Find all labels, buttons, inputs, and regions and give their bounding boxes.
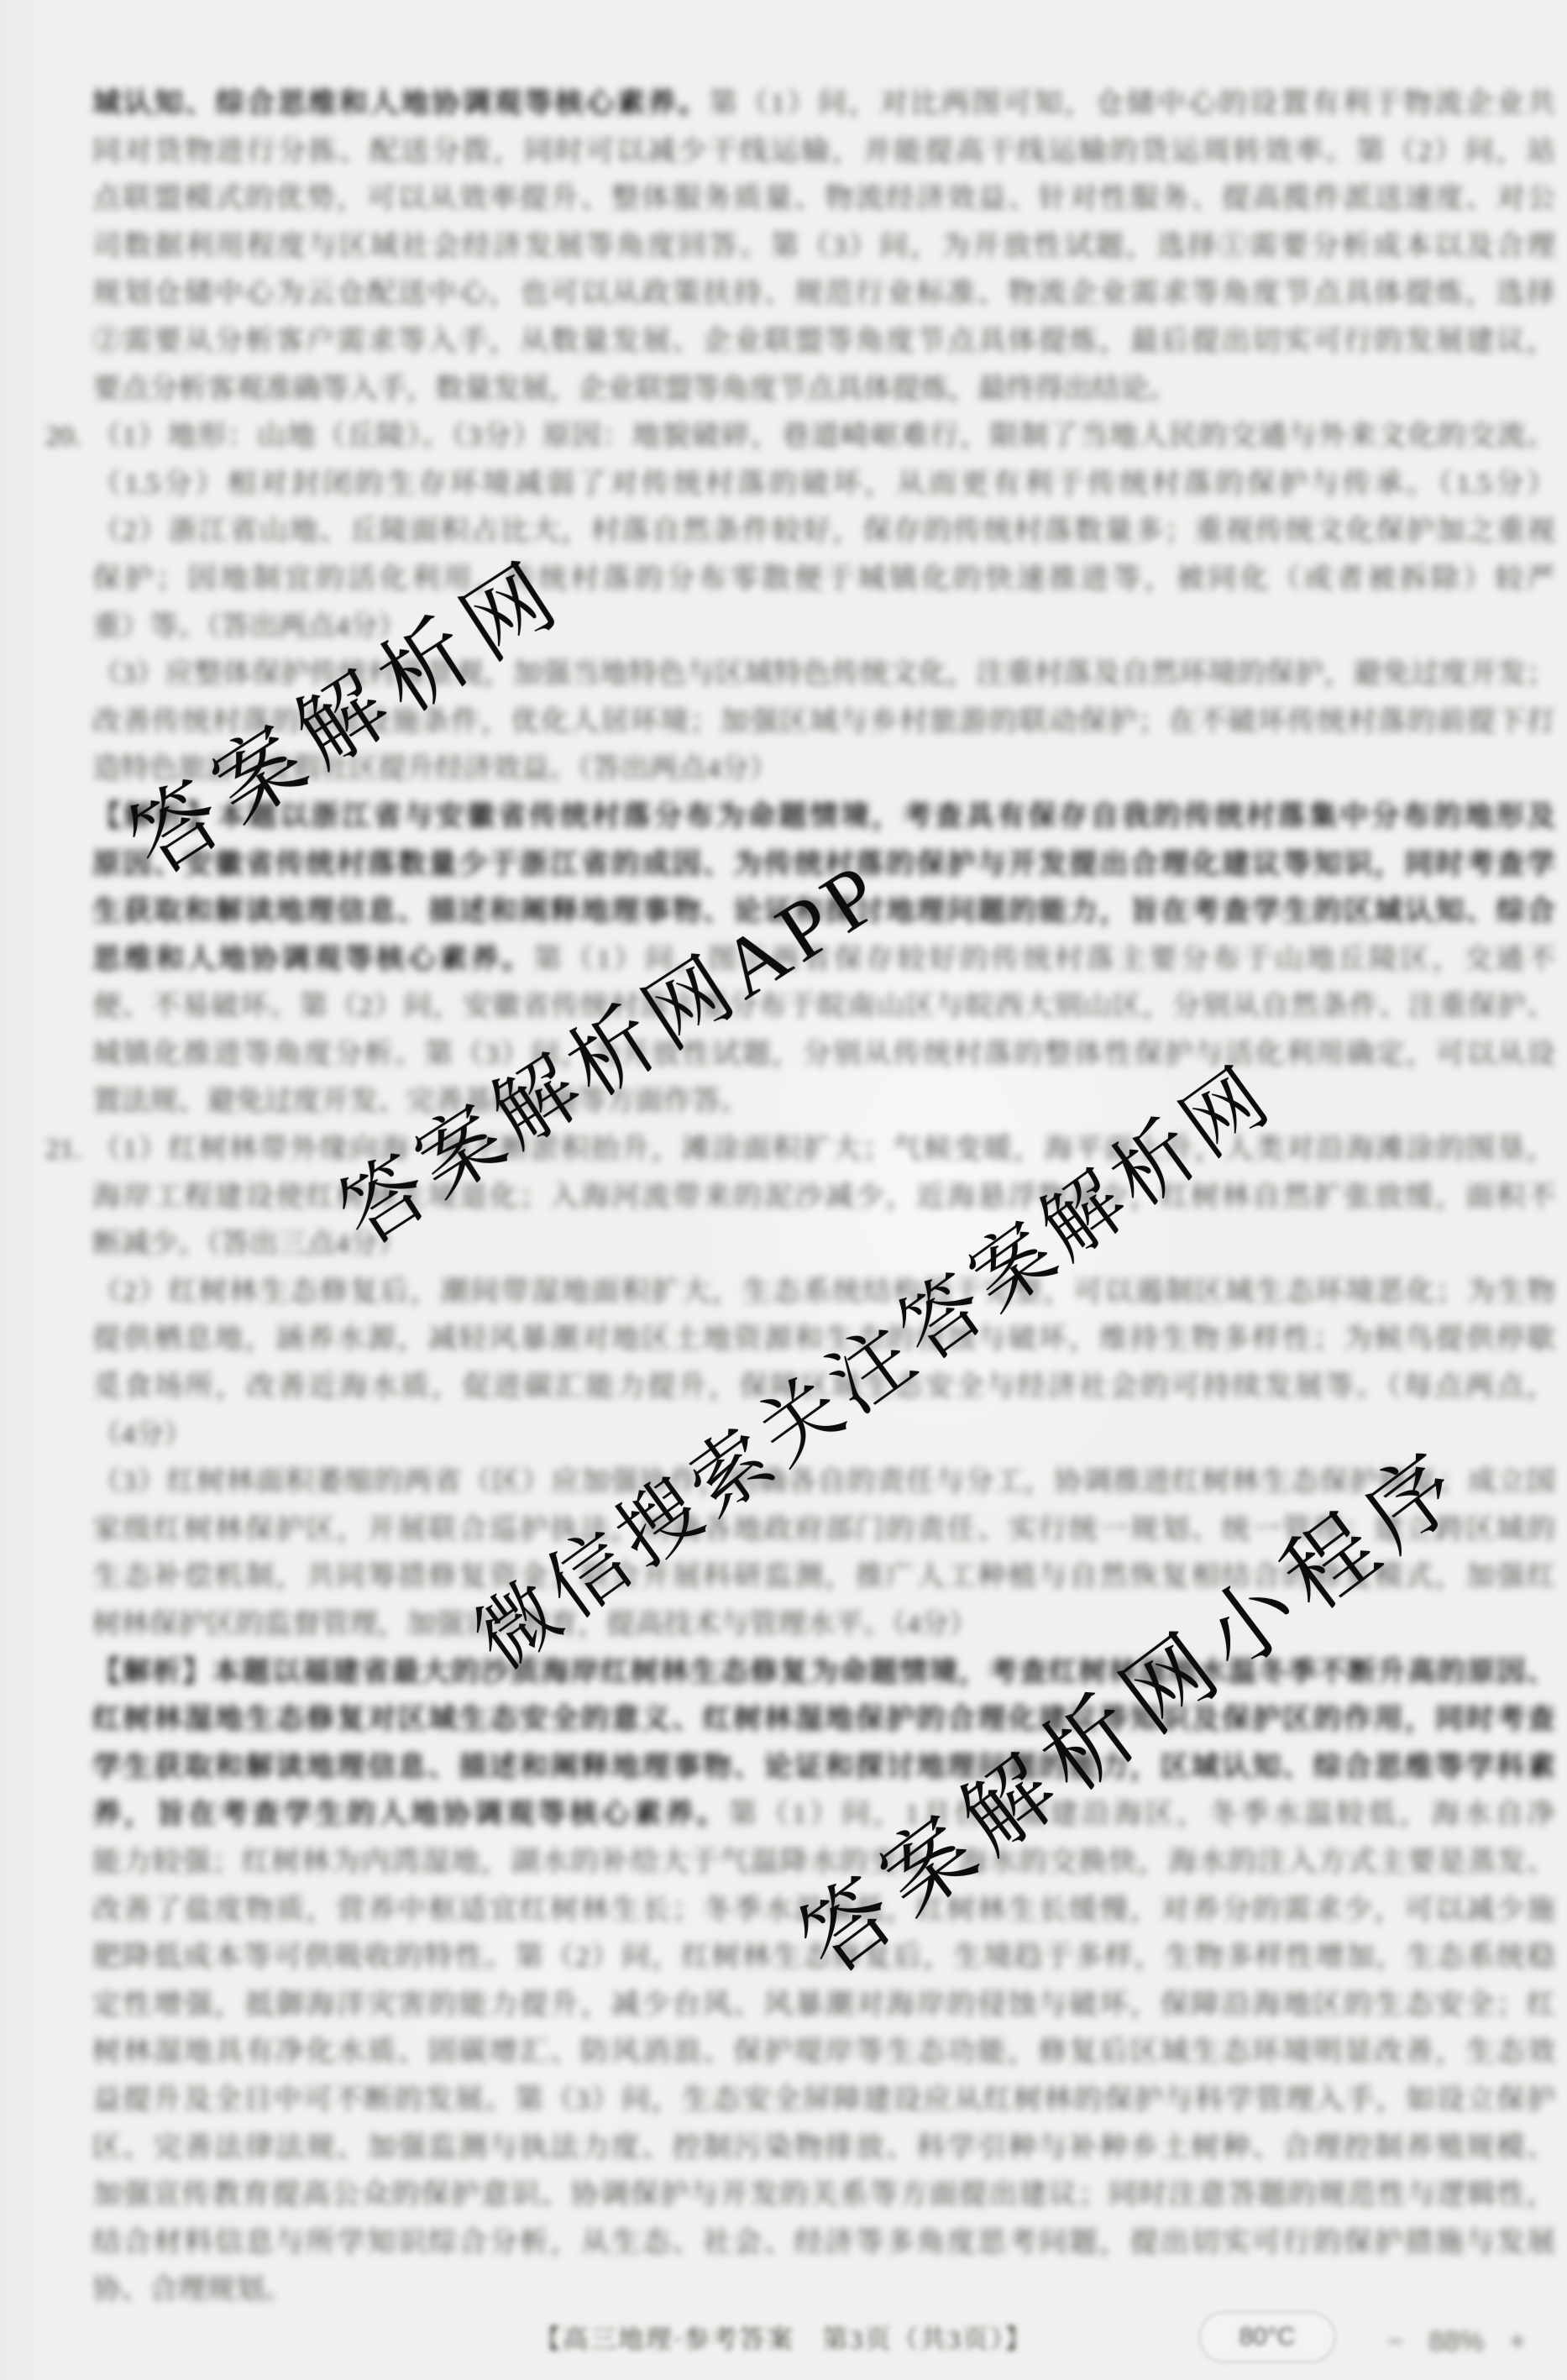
text-line: 【解析】本题以福建省最大的沙质海岸红树林生态修复为命题情境，考查红树林湿地水温冬…	[92, 1649, 1555, 1697]
text-line: 规划仓储中心为云仓配送中心，也可以从政策扶持、规范行业标准、物流企业需求等角度节…	[92, 270, 1555, 318]
item-number: 21.	[45, 1126, 81, 1174]
text-line: 区、完善法律法规、加强监测与执法力度、控制污染物排放、科学引种与补种乡土树种、合…	[92, 2125, 1555, 2173]
text-line: 树林湿地具有净化水质、固碳增汇、防风消浪、保护堤岸等生态功能，修复后区域生态环境…	[92, 2029, 1555, 2077]
text-line: 结合材料信息与所学知识综合分析，从生态、社会、经济等多角度思考问题，提出切实可行…	[92, 2220, 1555, 2267]
text-line: 保护；因地制宜的活化利用，传统村落的分布零散便于城镇化的快速推进等，被同化（或者…	[92, 556, 1555, 604]
text-line: （2）浙江省山地、丘陵面积占比大，村落自然条件较好，保存的传统村落数量多；重视传…	[92, 508, 1555, 556]
text-line: 学生获取和解读地理信息、描述和阐释地理事物、论证和探讨地理问题的能力，区域认知、…	[92, 1744, 1555, 1792]
text-line: 城镇化推进等角度分析。第（3）问，为开放性试题，分别从传统村落的整体性保护与活化…	[92, 1031, 1555, 1079]
text-line: 置法规、避免过度开发、完善基础设施等方面作答。	[92, 1078, 1555, 1126]
text-line: 协、合理规划。	[92, 2267, 1555, 2314]
temperature-badge[interactable]: 80°C	[1198, 2311, 1336, 2363]
text-line: 点联盟模式的优势，可以从效率提升、整体服务质量、物流经济效益、针对性服务、提高揽…	[92, 176, 1555, 223]
text-line: （1.5分）相对封闭的生存环境减弱了对传统村落的破坏，从而更有利于传统村落的保护…	[92, 461, 1555, 509]
text-line: 海岸工程建设使红树林生境退化；入海河流带来的泥沙减少，近海悬浮物减少，红树林自然…	[92, 1174, 1555, 1222]
text-line: 同对货物进行分拣、配送分拨，同时可以减少干线运输，并能提高干线运输的货运周转效率…	[92, 128, 1555, 176]
text-line: 养，旨在考查学生的人地协调观等核心素养。第（1）问，1月份的福建沿海区，冬季水温…	[92, 1791, 1555, 1839]
zoom-level-value: 88%	[1428, 2325, 1484, 2357]
text-line: 益提升及全日中可不断的发展。第（3）问，生态安全屏障建设应从红树林的保护与科学管…	[92, 2077, 1555, 2125]
zoom-control: − 88% +	[1387, 2320, 1526, 2362]
text-line: 域认知、综合思维和人地协调观等核心素养。第（1）问，对比两图可知，仓储中心的设置…	[92, 81, 1555, 128]
text-line: 重）等。（答出两点4分）	[92, 604, 1555, 652]
text-line: 定性增强，抵御海洋灾害的能力提升，减少台风、风暴潮对海岸的侵蚀与破坏，保障沿海地…	[92, 1982, 1555, 2030]
text-line: 20.（1）地形：山地（丘陵）。（3分）原因：地貌破碎，巷道崎岖难行，限制了当地…	[92, 413, 1555, 461]
text-line: （2）红树林生态修复后，潮间带湿地面积扩大，生态系统结构趋于完整，可以遏制区域生…	[92, 1269, 1555, 1317]
text-line: 司数据利用程度与区域社会经济发展等角度回答。第（3）问，为开放性试题，选择①需要…	[92, 223, 1555, 271]
text-line: 断减少。（答出三点4分）	[92, 1221, 1555, 1269]
item-number: 20.	[45, 413, 81, 461]
zoom-out-button[interactable]: −	[1387, 2325, 1403, 2357]
text-line: 便、不易破坏。第（2）问，安徽省传统村落主要分布于皖南山区与皖西大别山区，分别从…	[92, 983, 1555, 1031]
text-line: 要点分析客观准确等入手，数量发展，企业联盟等角度节点具体提炼，最终得出结论。	[92, 366, 1555, 414]
zoom-in-button[interactable]: +	[1509, 2325, 1525, 2357]
temperature-badge-label: 80°C	[1239, 2323, 1295, 2351]
text-line: ②需要从分析客户需求等入手，从数量发展、企业联盟等角度节点具体提炼，最后提出切实…	[92, 318, 1555, 366]
text-line: 红树林湿地生态修复对区域生态安全的意义、红树林湿地保护的合理化建议等知识及保护区…	[92, 1696, 1555, 1744]
document-lines: 域认知、综合思维和人地协调观等核心素养。第（1）问，对比两图可知，仓储中心的设置…	[92, 81, 1555, 2314]
text-line: 加强宣传教育提高公众的保护意识、协调保护与开发的关系等方面提出建议；同时注意答题…	[92, 2172, 1555, 2220]
